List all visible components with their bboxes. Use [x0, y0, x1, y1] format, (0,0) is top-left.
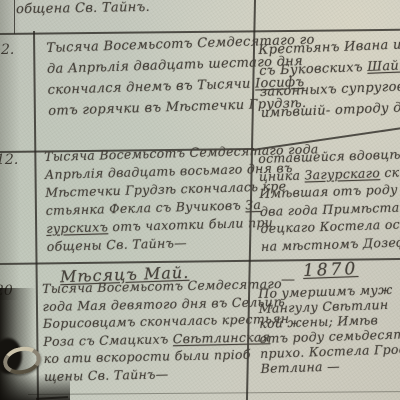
handwriting-segment: Роза съ Смацкихъ [43, 331, 173, 349]
handwriting-segment-underlined: Загурскаго [304, 165, 380, 182]
handwriting-segment: законныхъ супруговъ с [260, 79, 400, 100]
handwriting-segment: имѣвшій- отроду дв [261, 100, 400, 121]
handwriting-segment: общена Св. Тайнъ. [16, 0, 150, 17]
handwriting-segment: Имѣвшая отъ роду д [259, 181, 400, 201]
year-header: 1870 [303, 259, 359, 281]
handwriting-segment: отъ чахотки были при [108, 215, 273, 235]
handwriting-segment: цника [259, 167, 305, 183]
handwriting-segment: Ветлина — [260, 358, 340, 375]
gutter-shadow-top-left [0, 0, 20, 300]
year-text: 1870 [303, 259, 359, 281]
entry-2-right-text: оставшейся вдовцѣ цника Загурскаго ск Им… [258, 145, 400, 255]
handwriting-segment: общены Св. Тайнъ— [47, 235, 188, 254]
handwriting-segment: ко ати вскорости были пріоб [43, 347, 250, 366]
handwriting-segment-underlined: Свѣтлинская [173, 329, 271, 346]
handwriting-segment: децкаго Костела ос [260, 217, 400, 236]
handwriting-segment: Крестьянъ Ивана и К [258, 37, 400, 58]
handwriting-segment-underlined: Шайновск [367, 57, 400, 75]
handwriting-segment-underlined: гурскихъ [46, 219, 108, 236]
register-scan-page: общена Св. Тайнъ. 2. Тысяча Восемьсотъ С… [0, 0, 400, 400]
entry-1-right-text: Крестьянъ Ивана и К съ Буковскихъ Шайнов… [258, 33, 400, 124]
handwriting-segment: съ Буковскихъ [259, 60, 368, 79]
corner-shadow-bottom-left [0, 374, 70, 400]
handwriting-segment: оставшейся вдовцѣ [258, 147, 400, 166]
handwriting-segment: на мѣстномъ Дозеф [261, 234, 400, 254]
table-rule-horizontal-bottom [28, 391, 400, 395]
handwriting-segment: ск [380, 164, 400, 180]
entry-3-left-text: Тысяча Восемьсотъ Семдесятаго года Мая д… [42, 275, 291, 385]
entry-3-right-text: По умершимъ муж Мангулу Свѣтлин кой жены… [258, 281, 400, 376]
top-partial-line: общена Св. Тайнъ. [16, 0, 150, 17]
